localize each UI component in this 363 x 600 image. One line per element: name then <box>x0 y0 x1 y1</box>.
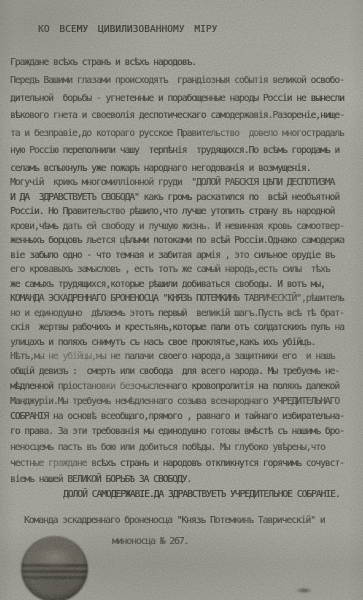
document-line: крови,чѣмъ дать ей свободу и лучшую жизн… <box>10 221 344 232</box>
document-line: общій девизъ : смерть или свобода для вс… <box>10 366 339 377</box>
document-line: Россіи. Но Правительство рѣшило,что лучш… <box>10 206 334 217</box>
slogan-line: ДОЛОЙ САМОДЕРЖАВІЕ.ДА ЗДРАВСТВУЕТЪ УЧРЕД… <box>63 489 340 500</box>
document-line: Могучій крикъ многомилліонной груди "ДОЛ… <box>10 177 334 188</box>
document-line: улицахъ и поляхъ снимутъ съ насъ свое пр… <box>10 337 315 348</box>
document-line: женныхъ борцовъ льется цѣлыми потоками п… <box>10 235 344 246</box>
document-line: Манджуріи.Мы требуемъ немѣдленнаго созыв… <box>10 396 339 407</box>
document-line: но и единодушно дѣлаемъ этотъ первый вел… <box>10 308 344 319</box>
document-line: дительной борьбы - угнетенные и порабоще… <box>10 93 344 104</box>
document-line: И ДА ЗДРАВСТВУЕТЪ СВОБОДА" какъ громъ ра… <box>10 192 339 203</box>
document-line: мѣдленной пріостановки безсмысленнаго кр… <box>10 381 339 392</box>
document-line: та и безправіе,до котораго русское Прави… <box>10 128 344 139</box>
document-line: его кровавыхъ замысловъ , есть тотъ же с… <box>10 264 330 275</box>
document-line: же самыхъ трудящихся,которые рѣшили доби… <box>10 279 325 290</box>
document-line: скія жертвы рабочихъ и крестьянъ,которые… <box>10 322 344 333</box>
document-line: Граждане всѣхъ странъ и всѣхъ народовъ. <box>10 57 196 68</box>
signature-line: миноносца № 267. <box>112 536 188 547</box>
document-line: го права. За эти требованія мы единодушн… <box>10 426 344 437</box>
document-body: КО ВСЕМУ ЦИВИЛИЗОВАННОМУ МІРУ Граждане в… <box>0 0 363 600</box>
ink-speck <box>293 586 315 595</box>
document-title: КО ВСЕМУ ЦИВИЛИЗОВАННОМУ МІРУ <box>38 24 217 35</box>
signature-line: Команда эскадреннаго броненосца "Князь П… <box>24 515 324 526</box>
document-line: Передъ Вашими глазами происходятъ гранді… <box>10 75 344 86</box>
document-line: вѣкового гнета и своеволія деспотическаг… <box>10 110 344 121</box>
document-photo: КО ВСЕМУ ЦИВИЛИЗОВАННОМУ МІРУ Граждане в… <box>0 0 363 600</box>
document-line: СОБРАНІЯ на основѣ всеобщаго,прямого , р… <box>10 411 344 422</box>
document-line: селамъ вспыхнулъ уже пожаръ народнаго не… <box>10 163 310 174</box>
document-line: Нѣтъ,мы не убійцы,мы не палачи своего на… <box>10 351 334 362</box>
document-line: віемъ нашей ВЕЛИКОЙ БОРЬБѢ ЗА СВОБОДУ. <box>10 474 191 485</box>
document-line: віе забыло одно - что темная и забитая а… <box>10 250 334 261</box>
document-line: честные граждане всѣхъ странъ и народовъ… <box>10 458 344 469</box>
round-ink-stamp-icon <box>21 536 88 600</box>
document-line: неносцемъ пасть въ бою или добиться побѣ… <box>10 442 325 453</box>
document-line: КОМАНДА ЭСКАДРЕННАГО БРОНЕНОСЦА "КНЯЗЬ П… <box>10 293 344 304</box>
document-line: ную Россію переполнили чашу терпѣнія тру… <box>10 145 339 156</box>
